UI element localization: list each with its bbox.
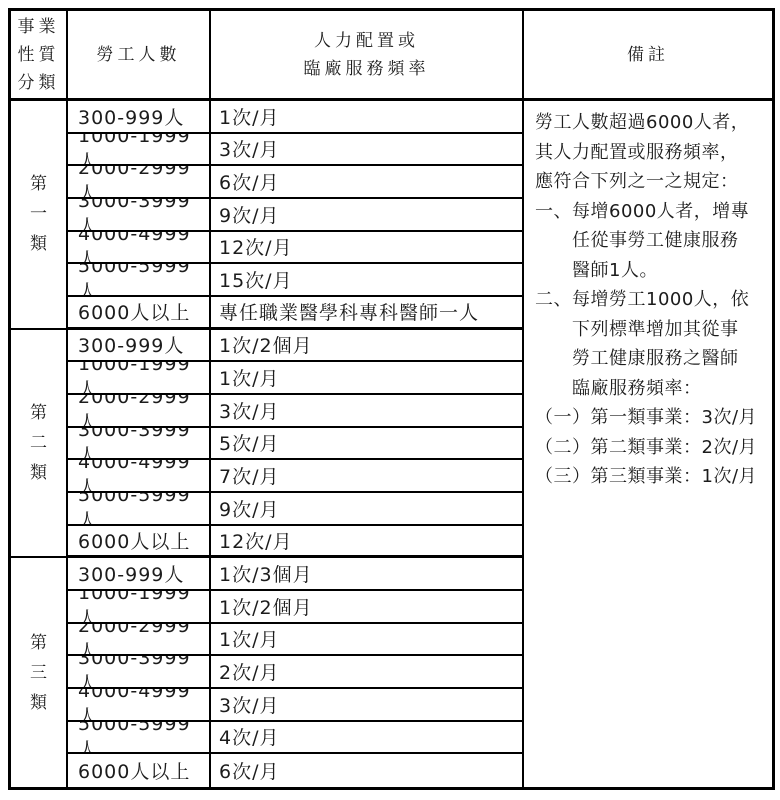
frequency-cell: 4次/月 [211, 722, 524, 755]
frequency-cell: 1次/月 [211, 362, 524, 395]
header-staffing-frequency-line: 人力配置或 [314, 27, 419, 55]
category-2-label: 第二類 [11, 330, 68, 559]
header-business-category-line: 性質 [18, 41, 60, 69]
worker-range-cell: 4000-4999人 [68, 232, 211, 265]
category-1-label: 第一類 [11, 101, 68, 330]
worker-range-cell: 3000-3999人 [68, 199, 211, 232]
remarks-line: 二、每增勞工1000人，依 [535, 285, 768, 315]
header-staffing-frequency: 人力配置或 臨廠服務頻率 [211, 11, 524, 101]
header-business-category-line: 分類 [18, 69, 60, 97]
frequency-cell: 6次/月 [211, 166, 524, 199]
worker-range-cell: 3000-3999人 [68, 656, 211, 689]
frequency-cell: 6次/月 [211, 754, 524, 787]
remarks-line: （三）第三類事業：1次/月 [535, 462, 768, 492]
frequency-cell: 1次/月 [211, 624, 524, 657]
worker-range-cell: 5000-5999人 [68, 264, 211, 297]
category-2-label-text: 第二類 [28, 398, 49, 488]
worker-range-cell: 4000-4999人 [68, 460, 211, 493]
remarks-line: 勞工人數超過6000人者， [535, 108, 768, 138]
header-business-category: 事業 性質 分類 [11, 11, 68, 101]
worker-range-cell: 300-999人 [68, 101, 211, 134]
remarks-line: （二）第二類事業：2次/月 [535, 433, 768, 463]
remarks-line: 一、每增6000人者，增專 [535, 197, 768, 227]
remarks-line: 任從事勞工健康服務 [535, 226, 768, 256]
frequency-cell: 12次/月 [211, 526, 524, 559]
worker-range-cell: 5000-5999人 [68, 722, 211, 755]
worker-range-cell: 5000-5999人 [68, 493, 211, 526]
worker-range-cell: 1000-1999人 [68, 591, 211, 624]
frequency-cell: 15次/月 [211, 264, 524, 297]
header-remarks: 備註 [524, 11, 772, 101]
header-worker-count: 勞工人數 [68, 11, 211, 101]
service-frequency-table: 事業 性質 分類 勞工人數 人力配置或 臨廠服務頻率 備註 第一類 第二類 第三… [8, 8, 775, 790]
worker-range-cell: 4000-4999人 [68, 689, 211, 722]
remarks-line: 醫師1人。 [535, 256, 768, 286]
frequency-cell: 1次/3個月 [211, 558, 524, 591]
remarks-line: 勞工健康服務之醫師 [535, 344, 768, 374]
category-3-label-text: 第三類 [28, 628, 49, 718]
header-business-category-line: 事業 [18, 13, 60, 41]
remarks-line: 其人力配置或服務頻率， [535, 138, 768, 168]
worker-range-cell: 1000-1999人 [68, 134, 211, 167]
frequency-cell: 7次/月 [211, 460, 524, 493]
category-1-label-text: 第一類 [28, 169, 49, 259]
remarks-cell: 勞工人數超過6000人者， 其人力配置或服務頻率， 應符合下列之一之規定： 一、… [524, 101, 772, 787]
worker-range-cell: 1000-1999人 [68, 362, 211, 395]
frequency-cell: 1次/2個月 [211, 330, 524, 363]
remarks-line: 臨廠服務頻率： [535, 374, 768, 404]
frequency-cell: 1次/2個月 [211, 591, 524, 624]
worker-range-cell: 300-999人 [68, 330, 211, 363]
worker-range-cell: 6000人以上 [68, 297, 211, 330]
worker-range-cell: 2000-2999人 [68, 624, 211, 657]
category-3-label: 第三類 [11, 558, 68, 787]
frequency-cell: 2次/月 [211, 656, 524, 689]
worker-range-cell: 6000人以上 [68, 754, 211, 787]
frequency-cell: 3次/月 [211, 689, 524, 722]
frequency-cell: 9次/月 [211, 199, 524, 232]
frequency-cell: 3次/月 [211, 134, 524, 167]
header-staffing-frequency-line: 臨廠服務頻率 [304, 55, 430, 83]
frequency-cell: 1次/月 [211, 101, 524, 134]
frequency-cell: 9次/月 [211, 493, 524, 526]
worker-range-cell: 300-999人 [68, 558, 211, 591]
frequency-cell: 3次/月 [211, 395, 524, 428]
worker-range-cell: 2000-2999人 [68, 166, 211, 199]
remarks-line: 應符合下列之一之規定： [535, 167, 768, 197]
frequency-cell: 5次/月 [211, 428, 524, 461]
worker-range-cell: 3000-3999人 [68, 428, 211, 461]
worker-range-cell: 2000-2999人 [68, 395, 211, 428]
remarks-line: （一）第一類事業：3次/月 [535, 403, 768, 433]
remarks-line: 下列標準增加其從事 [535, 315, 768, 345]
frequency-cell: 12次/月 [211, 232, 524, 265]
frequency-cell: 專任職業醫學科專科醫師一人 [211, 297, 524, 330]
worker-range-cell: 6000人以上 [68, 526, 211, 559]
